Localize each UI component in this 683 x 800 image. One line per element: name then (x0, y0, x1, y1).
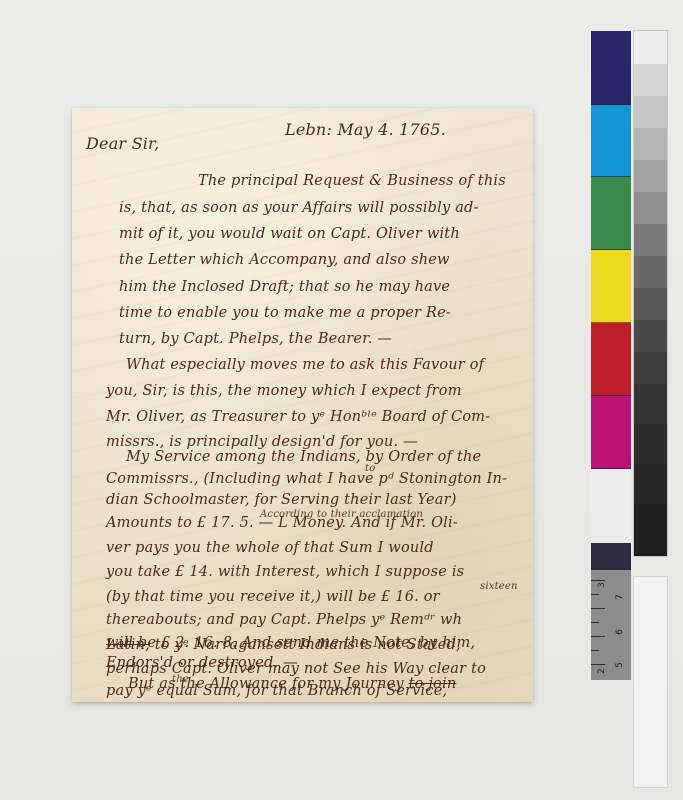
letter-line-9: you, Sir, is this, the money which I exp… (106, 382, 462, 400)
calibration-white-base (633, 576, 668, 788)
letter-line-23: Latin, to yᵉ Narragansett Indians is not… (106, 636, 461, 654)
letter-line-16: ver pays you the whole of that Sum I wou… (106, 539, 434, 557)
ruler-label: 5 (615, 662, 625, 668)
letter-line-15: Amounts to £ 17. 5. — L Money. And if Mr… (106, 514, 458, 532)
swatch-red (591, 323, 631, 396)
gray-step (634, 320, 667, 352)
swatch-yellow (591, 250, 631, 323)
color-calibration-target: 3 7 6 5 2 (591, 28, 669, 788)
gray-step (634, 464, 667, 504)
gray-step (634, 128, 667, 160)
letter-line-18: (by that time you receive it,) will be £… (106, 588, 440, 606)
letter-line-4: the Letter which Accompany, and also she… (119, 251, 450, 269)
letter-line-8: What especially moves me to ask this Fav… (126, 356, 484, 374)
ruler-label: 2 (597, 668, 607, 674)
gray-step (634, 288, 667, 320)
gray-step (634, 256, 667, 288)
letter-line-7: turn, by Capt. Phelps, the Bearer. — (119, 318, 392, 336)
interlinear-sixteen: sixteen (480, 578, 518, 596)
letter-line-25: pay yᵉ equal Sum, for that Branch of Ser… (106, 682, 447, 700)
letter-line-2: is, that, as soon as your Affairs will p… (119, 199, 479, 217)
ruler-scale: 3 7 6 5 2 (591, 570, 631, 680)
gray-step (634, 160, 667, 192)
gray-step (634, 504, 667, 556)
ruler-tick (591, 622, 599, 623)
dateline: Lebn: May 4. 1765. (285, 121, 446, 139)
gray-step (634, 384, 667, 424)
swatch-white (591, 469, 631, 543)
swatch-cyan (591, 105, 631, 177)
ruler-tick (591, 650, 599, 651)
swatch-green (591, 177, 631, 250)
gray-step (634, 31, 667, 64)
letter-line-13: Commissrs., (Including what I have pᵈ St… (106, 470, 507, 488)
ruler-label: 7 (615, 594, 625, 600)
gray-step (634, 424, 667, 464)
scan-stage: Lebn: May 4. 1765. Dear Sir, The princip… (0, 0, 683, 800)
ruler-label: 3 (597, 582, 607, 588)
letter-line-19: thereabouts; and pay Capt. Phelps yᵉ Rem… (106, 611, 462, 629)
letter-line-17: you take £ 14. with Interest, which I su… (106, 563, 464, 581)
gray-step (634, 96, 667, 128)
gray-step (634, 224, 667, 256)
grayscale-step-column (633, 30, 668, 557)
ruler-tick (591, 594, 599, 595)
letter-line-10: Mr. Oliver, as Treasurer to yᵉ Honᵇˡᵉ Bo… (106, 408, 490, 426)
swatch-magenta (591, 396, 631, 469)
gray-step (634, 352, 667, 384)
salutation: Dear Sir, (86, 135, 159, 153)
ruler-label: 6 (615, 629, 625, 635)
struck-word-latin: Latin, (106, 637, 150, 653)
gray-step (634, 64, 667, 96)
letter-line-12: My Service among the Indians, by Order o… (126, 448, 481, 466)
letter-line-7-text: turn, by Capt. Phelps, the Bearer. — (119, 331, 392, 347)
ruler-tick (591, 580, 605, 581)
ruler-tick (591, 636, 605, 637)
swatch-navy (591, 31, 631, 105)
letter-line-24: perhaps Capt. Oliver may not See his Way… (106, 660, 486, 678)
ruler-tick (591, 608, 605, 609)
letter-line-23-text: to yᵉ Narragansett Indians is not Stated… (150, 637, 461, 653)
letter-line-3: mit of it, you would wait on Capt. Olive… (119, 225, 460, 243)
ruler-tick (591, 664, 605, 665)
letter-sheet: Lebn: May 4. 1765. Dear Sir, The princip… (72, 108, 533, 702)
letter-line-1: The principal Request & Business of this (198, 172, 506, 190)
letter-line-5: him the Inclosed Draft; that so he may h… (119, 278, 450, 296)
gray-step (634, 192, 667, 224)
